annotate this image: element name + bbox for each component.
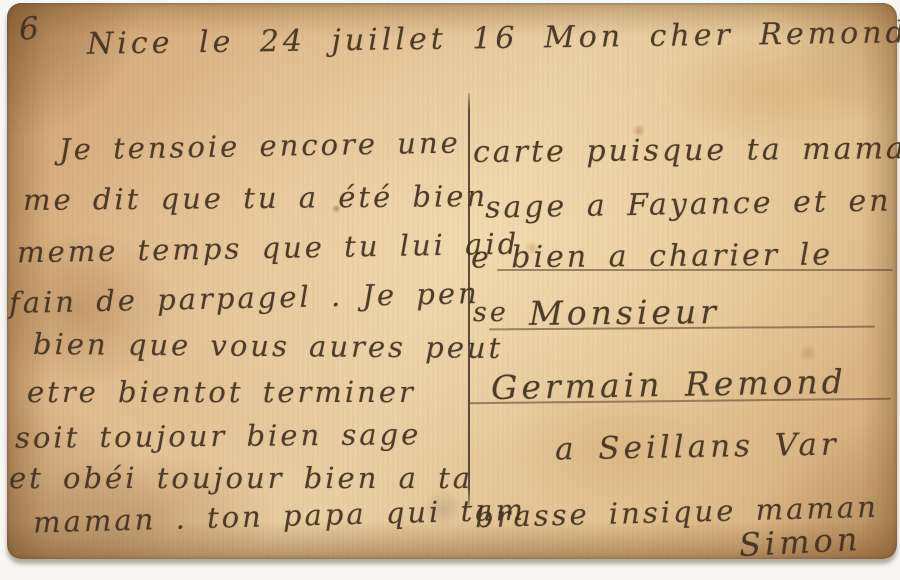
corner-number: 6 (18, 10, 43, 47)
message-line: se (473, 297, 509, 328)
message-line: carte puisque ta maman (473, 131, 900, 170)
address-name: Germain Remond (491, 362, 847, 407)
message-line: soit toujour bien sage (15, 417, 422, 455)
address-salutation: Monsieur (529, 292, 720, 333)
signature: Simon (738, 520, 862, 564)
postcard: 6 Nice le 24 juillet 16 Mon cher Remond … (7, 3, 897, 559)
message-line: et obéi toujour bien a ta (9, 461, 473, 495)
message-line: Je tensoie encore une (59, 125, 461, 166)
address-location: a Seillans Var (555, 427, 840, 468)
postcard-scan: 6 Nice le 24 juillet 16 Mon cher Remond … (0, 0, 900, 580)
message-line: etre bientot terminer (27, 375, 416, 409)
message-line: me dit que tu a été bien (23, 179, 488, 217)
message-line: bien que vous aures peut (33, 327, 504, 365)
address-rule (497, 269, 893, 271)
message-line: sage a Fayance et en (485, 183, 892, 225)
